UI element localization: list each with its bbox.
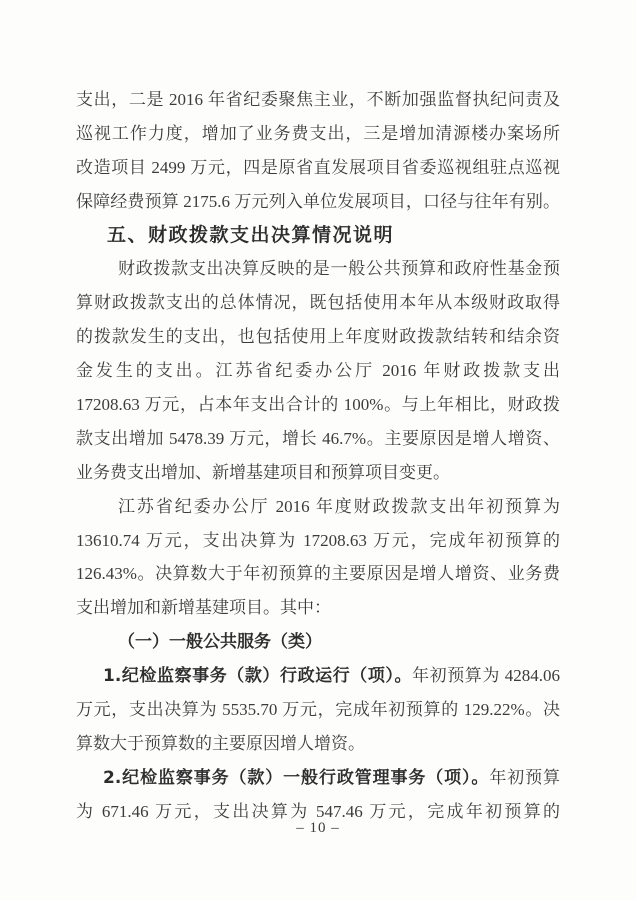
text-segment: 保障经费预算 2175.6 万元列入单位发展项目，口径与往年有别。 bbox=[76, 192, 560, 211]
text-line: 2.纪检监察事务（款）一般行政管理事务（项）。年初预算 bbox=[76, 761, 560, 795]
text-line: 金发生的支出。江苏省纪委办公厅 2016 年财政拨款支出 bbox=[76, 354, 560, 388]
text-segment: 金发生的支出。江苏省纪委办公厅 2016 年财政拨款支出 bbox=[76, 361, 560, 380]
text-line: 江苏省纪委办公厅 2016 年度财政拨款支出年初预算为 bbox=[76, 490, 560, 524]
text-line: 的拨款发生的支出，也包括使用上年度财政拨款结转和结余资 bbox=[76, 320, 560, 354]
text-segment: 13610.74 万元，支出决算为 17208.63 万元，完成年初预算的 bbox=[76, 531, 560, 550]
text-line: 改造项目 2499 万元，四是原省直发展项目省委巡视组驻点巡视 bbox=[76, 151, 560, 185]
text-segment: 年初预算 bbox=[489, 768, 560, 787]
bold-text-segment: 五、财政拨款支出决算情况说明 bbox=[107, 224, 394, 246]
text-segment: 的拨款发生的支出，也包括使用上年度财政拨款结转和结余资 bbox=[76, 327, 560, 346]
text-line: 支出，二是 2016 年省纪委聚焦主业，不断加强监督执纪问责及 bbox=[76, 83, 560, 117]
bold-text-segment: 1.纪检监察事务（款）行政运行（项）。 bbox=[103, 666, 412, 686]
text-line: 款支出增加 5478.39 万元，增长 46.7%。主要原因是增人增资、 bbox=[76, 422, 560, 456]
text-segment: 126.43%。决算数大于年初预算的主要原因是增人增资、业务费 bbox=[76, 564, 560, 583]
text-line: 万元，支出决算为 5535.70 万元，完成年初预算的 129.22%。决 bbox=[76, 693, 560, 727]
text-line: 126.43%。决算数大于年初预算的主要原因是增人增资、业务费 bbox=[76, 557, 560, 591]
document-page: 支出，二是 2016 年省纪委聚焦主业，不断加强监督执纪问责及巡视工作力度，增加… bbox=[0, 0, 636, 900]
text-line: 财政拨款支出决算反映的是一般公共预算和政府性基金预 bbox=[76, 252, 560, 286]
text-line: 17208.63 万元，占本年支出合计的 100%。与上年相比，财政拨 bbox=[76, 388, 560, 422]
text-line: 支出增加和新增基建项目。其中： bbox=[76, 591, 560, 625]
text-segment: 支出增加和新增基建项目。其中： bbox=[76, 598, 331, 617]
bold-text-segment: 2.纪检监察事务（款）一般行政管理事务（项）。 bbox=[103, 768, 489, 788]
page-number: – 10 – bbox=[76, 812, 560, 846]
text-line: 保障经费预算 2175.6 万元列入单位发展项目，口径与往年有别。 bbox=[76, 185, 560, 219]
text-segment: 万元，支出决算为 5535.70 万元，完成年初预算的 129.22%。决 bbox=[76, 700, 560, 719]
text-line: 算数大于预算数的主要原因增人增资。 bbox=[76, 727, 560, 761]
text-line: 算财政拨款支出的总体情况，既包括使用本年从本级财政取得 bbox=[76, 286, 560, 320]
section-heading-line: 五、财政拨款支出决算情况说明 bbox=[76, 219, 560, 253]
text-line: 巡视工作力度，增加了业务费支出，三是增加清源楼办案场所 bbox=[76, 117, 560, 151]
text-segment: 江苏省纪委办公厅 2016 年度财政拨款支出年初预算为 bbox=[118, 497, 560, 516]
text-segment: 算数大于预算数的主要原因增人增资。 bbox=[76, 734, 365, 753]
text-segment: 年初预算为 4284.06 bbox=[412, 666, 560, 685]
text-line: 13610.74 万元，支出决算为 17208.63 万元，完成年初预算的 bbox=[76, 524, 560, 558]
text-block: 支出，二是 2016 年省纪委聚焦主业，不断加强监督执纪问责及巡视工作力度，增加… bbox=[76, 83, 560, 829]
bold-text-segment: （一）一般公共服务（类） bbox=[118, 632, 322, 652]
text-segment: 支出，二是 2016 年省纪委聚焦主业，不断加强监督执纪问责及 bbox=[76, 90, 560, 109]
text-segment: 算财政拨款支出的总体情况，既包括使用本年从本级财政取得 bbox=[76, 293, 560, 312]
text-line: 业务费支出增加、新增基建项目和预算项目变更。 bbox=[76, 456, 560, 490]
text-segment: 款支出增加 5478.39 万元，增长 46.7%。主要原因是增人增资、 bbox=[76, 429, 560, 448]
text-segment: 17208.63 万元，占本年支出合计的 100%。与上年相比，财政拨 bbox=[76, 395, 560, 414]
text-segment: 巡视工作力度，增加了业务费支出，三是增加清源楼办案场所 bbox=[76, 124, 560, 143]
text-segment: 业务费支出增加、新增基建项目和预算项目变更。 bbox=[76, 463, 450, 482]
text-segment: 改造项目 2499 万元，四是原省直发展项目省委巡视组驻点巡视 bbox=[76, 158, 560, 177]
text-segment: 财政拨款支出决算反映的是一般公共预算和政府性基金预 bbox=[118, 259, 560, 278]
text-line: （一）一般公共服务（类） bbox=[76, 625, 560, 659]
text-line: 1.纪检监察事务（款）行政运行（项）。年初预算为 4284.06 bbox=[76, 659, 560, 693]
